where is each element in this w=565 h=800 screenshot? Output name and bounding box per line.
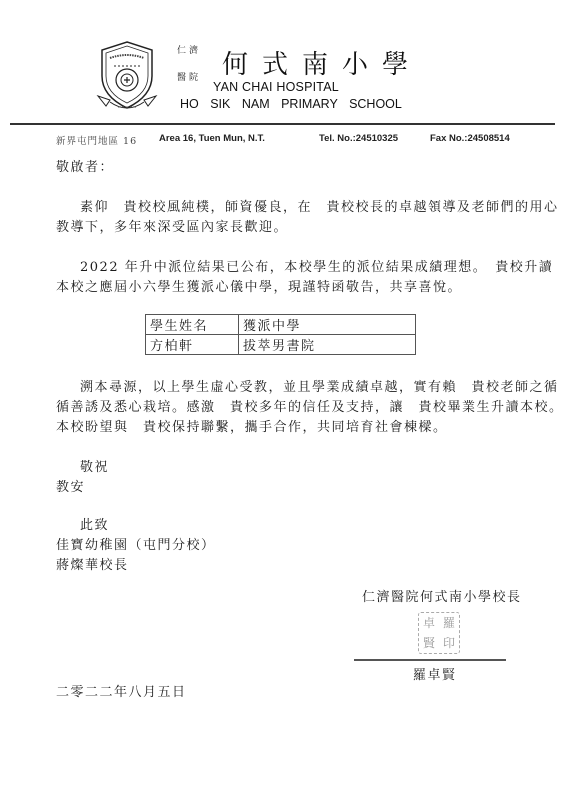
recipient-principal: 蔣燦華校長	[56, 556, 129, 576]
recipient-line-1: 此致	[80, 516, 109, 536]
table-row: 方柏軒 拔萃男書院	[146, 335, 416, 355]
table-header-row: 學生姓名 獲派中學	[146, 315, 416, 335]
signatory-name: 羅卓賢	[413, 666, 457, 686]
seal-char: 賢	[419, 633, 439, 653]
allocation-results-table: 學生姓名 獲派中學 方柏軒 拔萃男書院	[145, 314, 416, 355]
paragraph-2-line-1: 2022 年升中派位結果已公布，本校學生的派位結果成績理想。 貴校升讀	[80, 258, 553, 278]
allocated-school-cell: 拔萃男書院	[239, 335, 416, 355]
letter-date: 二零二二年八月五日	[56, 683, 187, 703]
signatory-title: 仁濟醫院何式南小學校長	[362, 588, 522, 608]
paragraph-2-line-2: 本校之應屆小六學生獲派心儀中學，現謹特函敬告，共享喜悅。	[56, 278, 462, 298]
org-name-cn-line2: 醫院	[177, 70, 201, 83]
paragraph-3-line-2: 循善誘及悉心栽培。感激 貴校多年的信任及支持，讓 貴校畢業生升讀本校。	[56, 398, 564, 418]
table-header-student-name: 學生姓名	[146, 315, 239, 335]
salutation: 敬啟者：	[56, 158, 114, 178]
seal-stamp-icon: 卓 羅 賢 印	[418, 612, 460, 654]
paragraph-1-line-1: 素仰 貴校校風純樸，師資優良，在 貴校校長的卓越領導及老師們的用心	[80, 198, 559, 218]
address-cn: 新界屯門地區 16	[56, 133, 137, 147]
school-name-cn: 何式南小學	[222, 44, 422, 81]
seal-char: 羅	[439, 613, 459, 633]
telephone-number: Tel. No.:24510325	[319, 133, 398, 144]
signature-line	[354, 659, 506, 661]
school-crest-icon	[96, 40, 158, 114]
fax-number: Fax No.:24508514	[430, 133, 510, 144]
seal-char: 卓	[419, 613, 439, 633]
paragraph-3-line-3: 本校盼望與 貴校保持聯繫，攜手合作，共同培育社會棟樑。	[56, 418, 448, 438]
table-header-allocated-school: 獲派中學	[239, 315, 416, 335]
address-en: Area 16, Tuen Mun, N.T.	[159, 133, 265, 144]
student-name-cell: 方柏軒	[146, 335, 239, 355]
school-name-en-line2: HO SIK NAM PRIMARY SCHOOL	[180, 97, 402, 111]
letterhead-divider	[10, 123, 555, 125]
school-name-en-line1: YAN CHAI HOSPITAL	[213, 80, 339, 94]
closing-line-1: 敬祝	[80, 458, 109, 478]
org-name-cn-line1: 仁濟	[177, 43, 201, 56]
recipient-school: 佳寶幼稚園（屯門分校）	[56, 536, 216, 556]
seal-char: 印	[439, 633, 459, 653]
paragraph-3-line-1: 溯本尋源，以上學生虛心受教，並且學業成績卓越，實有賴 貴校老師之循	[80, 378, 559, 398]
closing-line-2: 教安	[56, 478, 85, 498]
paragraph-1-line-2: 教導下，多年來深受區內家長歡迎。	[56, 218, 288, 238]
